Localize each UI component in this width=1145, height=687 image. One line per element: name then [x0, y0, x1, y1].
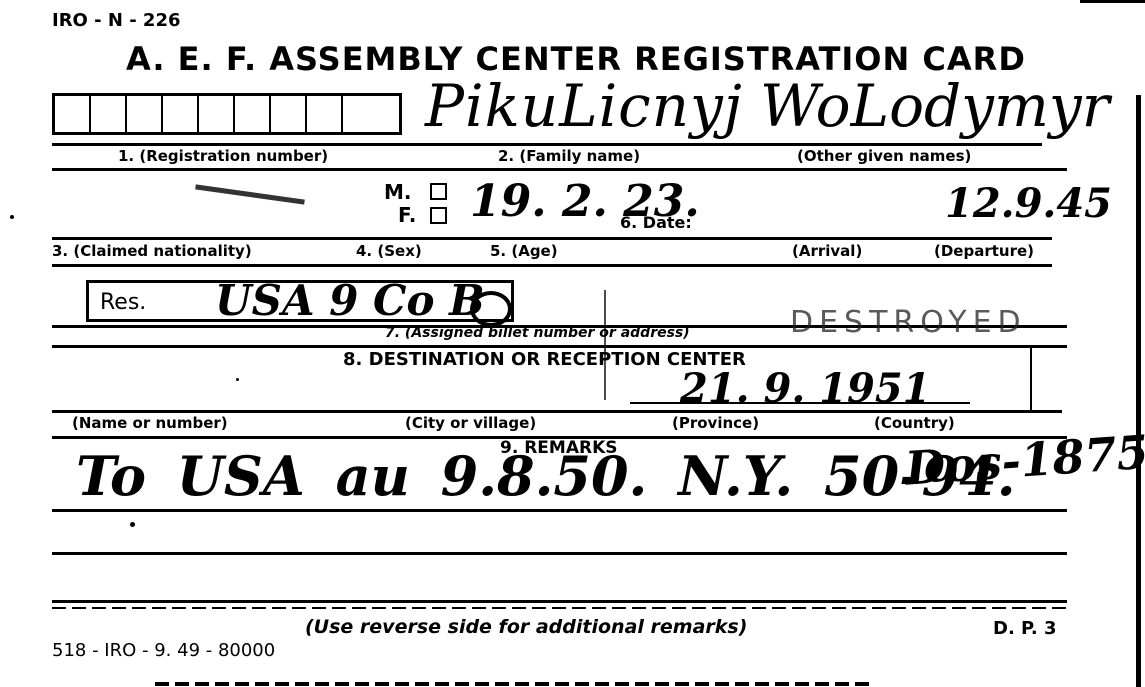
stamp-border — [1030, 345, 1032, 410]
reg-digit-box[interactable] — [307, 96, 343, 134]
departure-date-value: 12.9.45 — [945, 180, 1112, 227]
card-edge — [1136, 95, 1141, 687]
reg-digit-box[interactable] — [271, 96, 307, 134]
divider — [52, 168, 1067, 171]
sex-option-m: M. — [384, 180, 412, 204]
stamp-border — [604, 290, 606, 400]
label-name-or-number: (Name or number) — [72, 414, 228, 432]
remarks-line — [52, 552, 1067, 555]
sex-checkbox-f[interactable] — [430, 207, 447, 224]
divider — [52, 237, 1052, 240]
footer-instruction: (Use reverse side for additional remarks… — [305, 616, 747, 638]
remarks-annotation: Dos-18750 — [903, 422, 1145, 495]
footer-print-code: 518 - IRO - 9. 49 - 80000 — [52, 640, 275, 661]
reg-digit-box[interactable] — [343, 96, 379, 134]
label-claimed-nationality: 3. (Claimed nationality) — [52, 242, 252, 260]
reg-digit-box[interactable] — [163, 96, 199, 134]
billet-handwritten: USA 9 Co B — [215, 276, 485, 325]
card-bottom-edge — [155, 682, 875, 686]
underline — [630, 402, 970, 404]
label-province: (Province) — [672, 414, 759, 432]
speck — [130, 522, 135, 527]
label-assigned-billet: 7. (Assigned billet number or address) — [385, 325, 690, 341]
remarks-line-1: To USA au 9.8.50. N.Y. 50-94. — [76, 444, 1016, 508]
circle-mark — [470, 291, 512, 327]
remarks-line-dashed — [52, 607, 1067, 609]
family-name-value: PikuLicnyj — [425, 72, 743, 140]
label-other-given-names: (Other given names) — [797, 147, 971, 165]
stamp-prefix: Res. — [100, 290, 146, 315]
registration-number-boxes[interactable] — [52, 93, 402, 135]
reg-digit-box[interactable] — [91, 96, 127, 134]
form-code: IRO - N - 226 — [52, 10, 181, 31]
date-label: 6. Date: — [620, 213, 692, 232]
remarks-line — [52, 600, 1067, 603]
label-family-name: 2. (Family name) — [498, 147, 640, 165]
sex-checkbox-m[interactable] — [430, 183, 447, 200]
scribble-mark — [195, 184, 305, 204]
reg-digit-box[interactable] — [199, 96, 235, 134]
card-top-edge — [1080, 0, 1145, 3]
reg-digit-box[interactable] — [235, 96, 271, 134]
label-country: (Country) — [874, 414, 955, 432]
label-departure: (Departure) — [934, 242, 1034, 260]
label-arrival: (Arrival) — [792, 242, 862, 260]
destroyed-stamp: DESTROYED — [790, 305, 1027, 340]
footer-form-code: D. P. 3 — [993, 618, 1057, 639]
label-registration-number: 1. (Registration number) — [118, 147, 328, 165]
given-names-value: WoLodymyr — [760, 72, 1109, 140]
reg-digit-box[interactable] — [55, 96, 91, 134]
divider — [52, 345, 1067, 348]
divider — [52, 264, 1052, 267]
label-sex: 4. (Sex) — [356, 242, 422, 260]
divider — [52, 410, 1062, 413]
destination-stamp-date: 21. 9. 1951 — [680, 365, 931, 412]
label-age: 5. (Age) — [490, 242, 558, 260]
label-city-or-village: (City or village) — [405, 414, 536, 432]
speck — [236, 378, 239, 381]
divider — [52, 143, 1042, 146]
remarks-line — [52, 509, 1067, 512]
sex-option-f: F. — [398, 203, 416, 227]
speck — [10, 215, 14, 219]
reg-digit-box[interactable] — [127, 96, 163, 134]
